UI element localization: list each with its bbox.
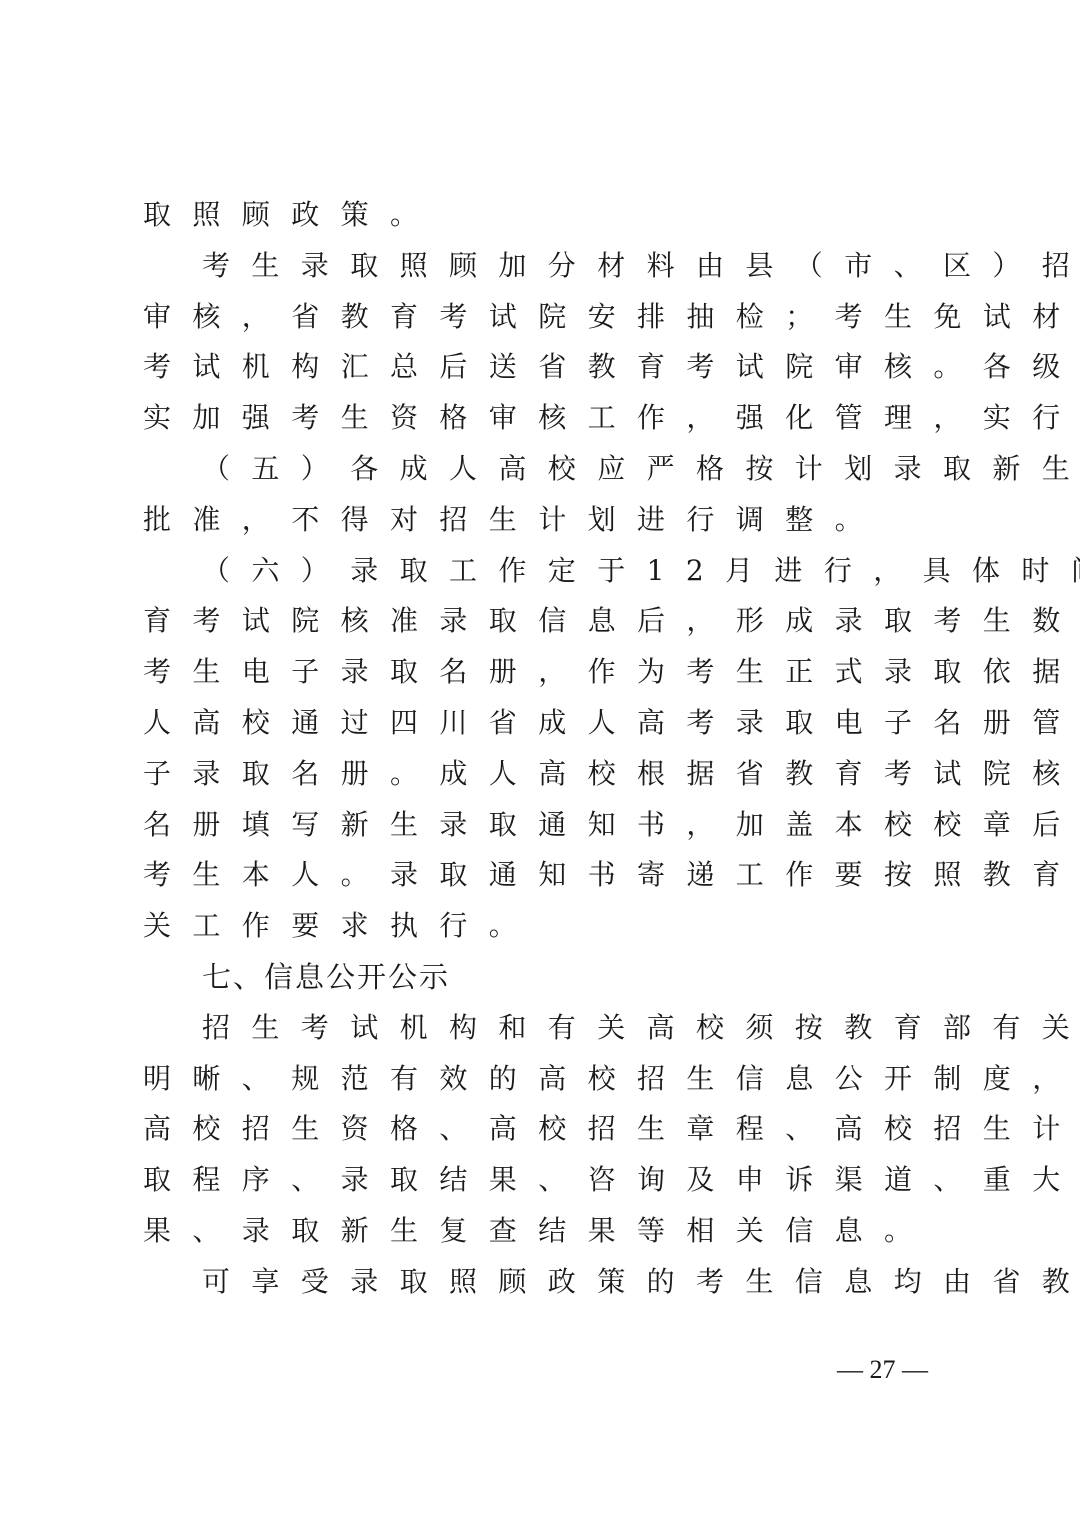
- paragraph-line: 考生本人。录取通知书寄递工作要按照教育部、国家邮政局有: [143, 850, 963, 901]
- paragraph-line: 子录取名册。成人高校根据省教育考试院核准备案的录取新生: [143, 749, 963, 800]
- paragraph-line: （六）录取工作定于12月进行，具体时间另文通知。省教: [143, 546, 963, 597]
- paragraph-line: 取程序、录取结果、咨询及申诉渠道、重大违规事件及处理结: [143, 1155, 963, 1206]
- paragraph-line: 批准，不得对招生计划进行调整。: [143, 495, 963, 546]
- paragraph-line: 关工作要求执行。: [143, 901, 963, 952]
- paragraph-line: 果、录取新生复查结果等相关信息。: [143, 1206, 963, 1257]
- page-number: — 27 —: [837, 1355, 928, 1385]
- section-heading: 七、信息公开公示: [143, 952, 963, 1003]
- paragraph-line: （五）各成人高校应严格按计划录取新生，未经有关部门: [143, 444, 963, 495]
- paragraph-line: 可享受录取照顾政策的考生信息均由省教育考试院在成人: [143, 1257, 963, 1308]
- paragraph-line: 实加强考生资格审核工作，强化管理，实行责任追究制。: [143, 393, 963, 444]
- paragraph-line: 人高校通过四川省成人高考录取电子名册管理系统下载考生电: [143, 698, 963, 749]
- paragraph-line: 明晰、规范有效的高校招生信息公开制度，分别公开招生政策、: [143, 1054, 963, 1105]
- document-page: 取照顾政策。 考生录取照顾加分材料由县（市、区）招生考试机构负责 审核，省教育考…: [0, 0, 1080, 1528]
- paragraph-line: 考生电子录取名册，作为考生正式录取依据。录取结束后，成: [143, 647, 963, 698]
- paragraph-line: 审核，省教育考试院安排抽检；考生免试材料由市（州）招生: [143, 292, 963, 343]
- paragraph-line: 招生考试机构和有关高校须按教育部有关要求，建立责任: [143, 1003, 963, 1054]
- paragraph-line: 取照顾政策。: [143, 190, 963, 241]
- body-text: 取照顾政策。 考生录取照顾加分材料由县（市、区）招生考试机构负责 审核，省教育考…: [143, 190, 963, 1308]
- paragraph-line: 考生录取照顾加分材料由县（市、区）招生考试机构负责: [143, 241, 963, 292]
- paragraph-line: 考试机构汇总后送省教育考试院审核。各级招生考试机构要切: [143, 342, 963, 393]
- paragraph-line: 名册填写新生录取通知书，加盖本校校章后按规定直接寄送给: [143, 800, 963, 851]
- paragraph-line: 育考试院核准录取信息后，形成录取考生数据库，并据此生成: [143, 596, 963, 647]
- paragraph-line: 高校招生资格、高校招生章程、高校招生计划、考生资格、录: [143, 1104, 963, 1155]
